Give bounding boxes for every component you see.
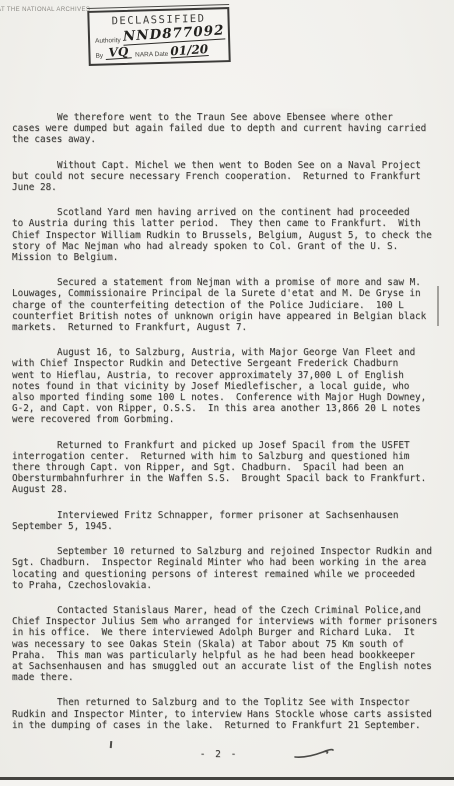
scan-edge-margin — [0, 780, 454, 786]
paragraph: Returned to Frankfurt and picked up Jose… — [12, 440, 450, 496]
paragraph: Interviewed Fritz Schnapper, former pris… — [12, 510, 450, 532]
stamp-by-value: VQ — [105, 45, 132, 60]
typewritten-body: We therefore went to the Traun See above… — [12, 112, 450, 745]
declassified-stamp: DECLASSIFIED Authority NND877092 By VQ N… — [87, 7, 230, 65]
paragraph: Then returned to Salzburg and to the Top… — [12, 697, 450, 731]
stamp-by-label: By — [95, 52, 105, 59]
pen-mark — [293, 745, 335, 764]
scan-artifact-line — [437, 286, 439, 326]
archives-header-note: AT THE NATIONAL ARCHIVES — [0, 7, 90, 13]
paragraph: Secured a statement from Nejman with a p… — [12, 277, 450, 333]
paragraph: Scotland Yard men having arrived on the … — [12, 207, 450, 263]
stamp-date-label: NARA Date — [131, 50, 170, 58]
paragraph: August 16, to Salzburg, Austria, with Ma… — [12, 347, 450, 425]
stamp-date-value: 01/20 — [170, 42, 209, 57]
document-page: AT THE NATIONAL ARCHIVES DECLASSIFIED Au… — [0, 0, 454, 786]
paragraph: September 10 returned to Salzburg and re… — [12, 546, 450, 591]
paragraph: Without Capt. Michel we then went to Bod… — [12, 160, 450, 194]
stamp-authority-label: Authority — [95, 37, 123, 45]
paragraph: Contacted Stanislaus Marer, head of the … — [12, 605, 450, 683]
paragraph: We therefore went to the Traun See above… — [12, 112, 450, 146]
scan-artifact-tick — [110, 741, 112, 748]
page-number: - 2 - — [0, 749, 438, 760]
